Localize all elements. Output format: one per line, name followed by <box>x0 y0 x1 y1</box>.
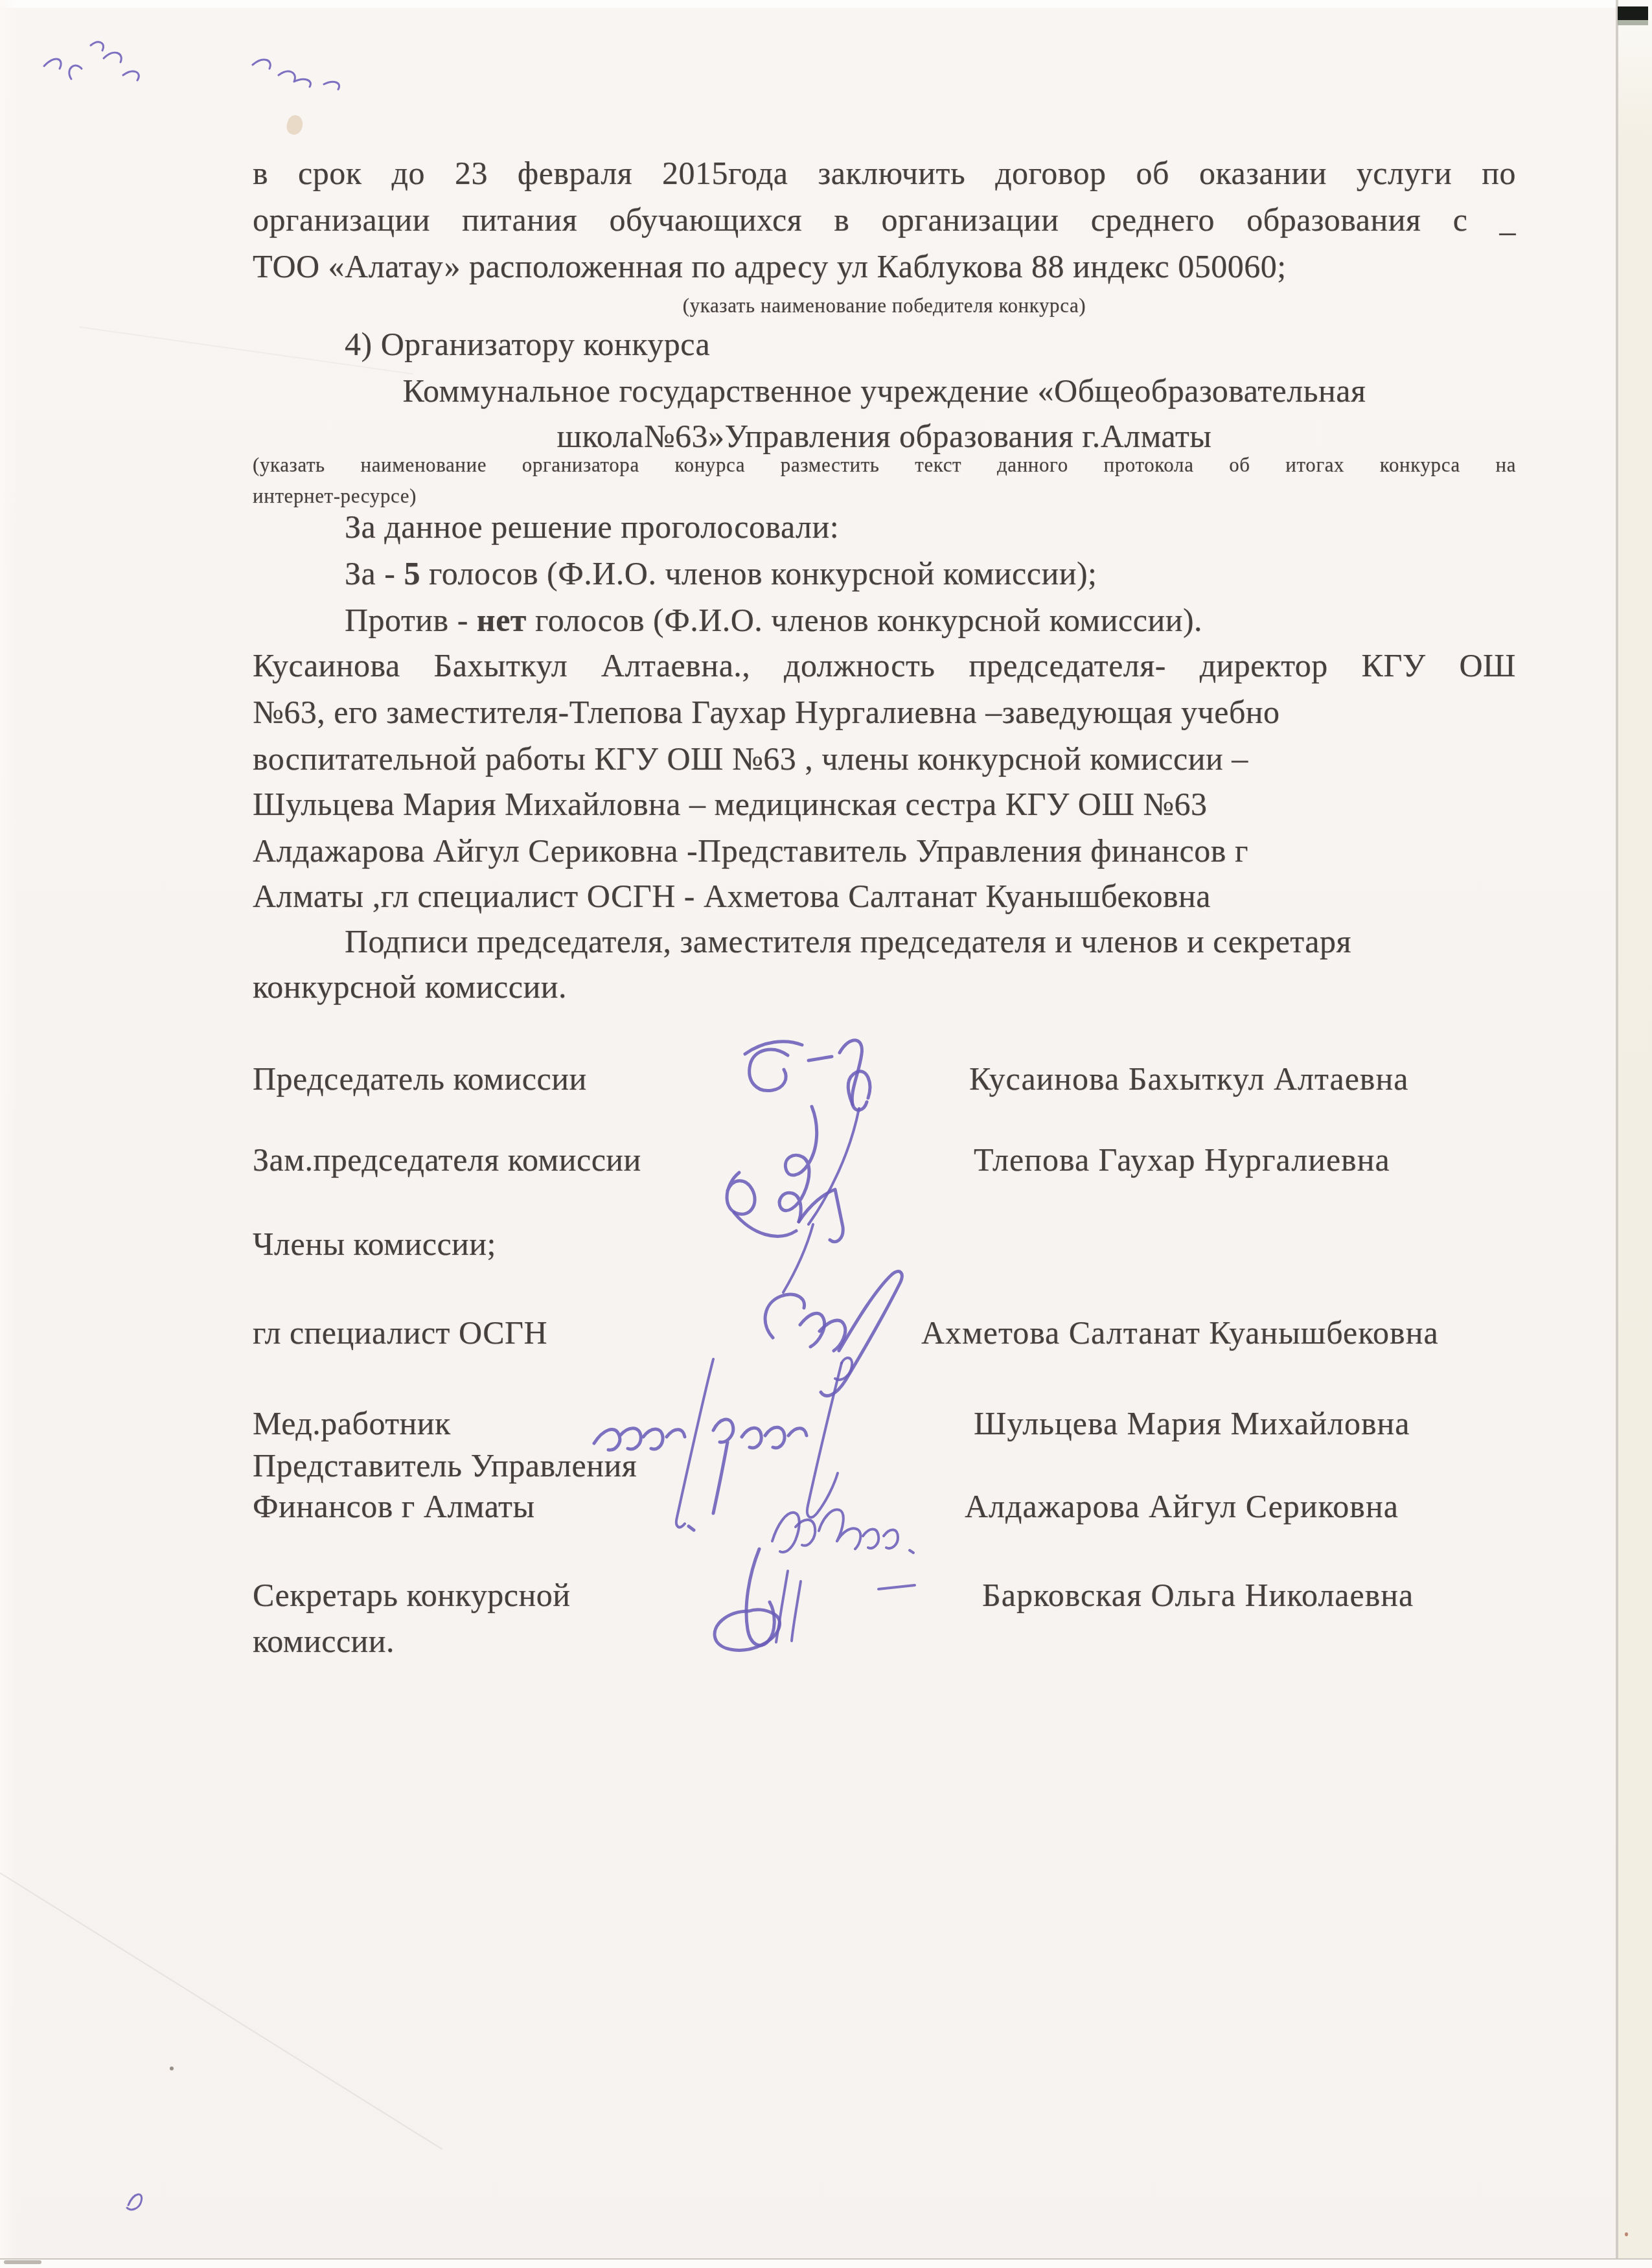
name-aldazharova: Алдажарова Айгул Сериковна <box>965 1487 1399 1525</box>
doc-line-para1-1: в срок до 23 февраля 2015года заключить … <box>253 154 1516 192</box>
name-kusainova: Кусаинова Бахыткул Алтаевна <box>969 1060 1408 1097</box>
paper-right-edge-line <box>1616 0 1618 2268</box>
name-tlepova: Тлепова Гаухар Нургалиевна <box>974 1141 1390 1178</box>
vote-against-word: нет <box>477 602 527 638</box>
signature-akhmetova <box>735 1260 910 1409</box>
doc-org-line1: Коммунальное государственное учреждение … <box>253 372 1516 409</box>
role-vice-chairman: Зам.председателя комиссии <box>253 1141 641 1178</box>
doc-vote-for: За - 5 голосов (Ф.И.О. членов конкурсной… <box>253 555 1608 592</box>
doc-sign-intro-2: конкурсной комиссии. <box>253 968 1516 1005</box>
doc-note-org-1: (указать наименование организатора конур… <box>253 452 1516 478</box>
vote-for-count: 5 <box>404 555 420 591</box>
paper-smudge <box>284 113 305 137</box>
doc-note-winner: (указать наименование победителя конкурс… <box>253 293 1516 319</box>
signature-barkovskaya <box>687 1539 959 1665</box>
signature-aldazharova <box>758 1493 920 1561</box>
vote-against-suffix: голосов (Ф.И.О. членов конкурсной комисс… <box>527 602 1202 638</box>
doc-vote-intro: За данное решение проголосовали: <box>253 508 1608 545</box>
paper-speck-red <box>1625 2232 1628 2236</box>
doc-members-6: Алматы ,гл специалист ОСГН - Ахметова Са… <box>253 877 1516 915</box>
vote-against-prefix: Против - <box>345 602 477 638</box>
pencil-scribbles <box>26 19 389 104</box>
role-chairman: Председатель комиссии <box>253 1060 587 1097</box>
paper-speck <box>170 2067 174 2070</box>
doc-item4: 4) Организатору конкурса <box>253 325 1608 363</box>
doc-members-1: Кусаинова Бахыткул Алтаевна., должность … <box>253 647 1516 684</box>
name-shultseva: Шульцева Мария Михайловна <box>974 1404 1410 1442</box>
doc-line-para1-2: организации питания обучающихся в органи… <box>253 201 1516 238</box>
role-finance-rep-1: Представитель Управления <box>253 1447 637 1484</box>
role-secretary-2: комиссии. <box>253 1622 395 1660</box>
paper-crease <box>0 1840 442 2150</box>
role-members-heading: Члены комиссии; <box>253 1225 496 1263</box>
paper-bottom-edge <box>0 2258 1652 2268</box>
scanner-right-gutter <box>1618 0 1652 2268</box>
signature-tlepova <box>716 1095 871 1296</box>
doc-note-org-2: интернет-ресурсе) <box>253 483 1516 509</box>
role-osgn-specialist: гл специалист ОСГН <box>253 1314 547 1351</box>
vote-for-suffix: голосов (Ф.И.О. членов конкурсной комисс… <box>420 555 1097 591</box>
scan-corner-black-mark <box>1618 6 1648 20</box>
name-akhmetova: Ахметова Салтанат Куанышбековна <box>921 1314 1439 1351</box>
vote-for-prefix: За - <box>345 555 404 591</box>
scanner-left-edge <box>0 0 17 2268</box>
scan-corner-shadow <box>1618 20 1648 25</box>
doc-members-5: Алдажарова Айгул Сериковна -Представител… <box>253 832 1516 869</box>
signature-kusainova <box>726 1027 881 1228</box>
doc-vote-against: Против - нет голосов (Ф.И.О. членов конк… <box>253 601 1608 639</box>
scanned-document-page: в срок до 23 февраля 2015года заключить … <box>0 0 1652 2268</box>
scan-bottom-left-mark <box>4 2260 41 2264</box>
signature-shultseva <box>580 1354 891 1535</box>
doc-members-3: воспитательной работы КГУ ОШ №63 , члены… <box>253 740 1516 777</box>
scanner-top-edge <box>0 0 1652 8</box>
doc-members-4: Шульцева Мария Михайловна – медицинская … <box>253 785 1516 823</box>
role-finance-rep-2: Финансов г Алматы <box>253 1487 534 1525</box>
role-secretary-1: Секретарь конкурсной <box>253 1576 570 1614</box>
doc-members-2: №63, его заместителя-Тлепова Гаухар Нург… <box>253 693 1516 731</box>
doc-org-line2: школа№63»Управления образования г.Алматы <box>253 417 1516 455</box>
doc-sign-intro-1: Подписи председателя, заместителя предсе… <box>253 922 1608 960</box>
pencil-mark-bottom <box>117 2183 155 2216</box>
role-med-worker: Мед.работник <box>253 1404 451 1442</box>
name-barkovskaya: Барковская Ольга Николаевна <box>982 1576 1414 1614</box>
doc-line-para1-3: ТОО «Алатау» расположенная по адресу ул … <box>253 247 1516 285</box>
